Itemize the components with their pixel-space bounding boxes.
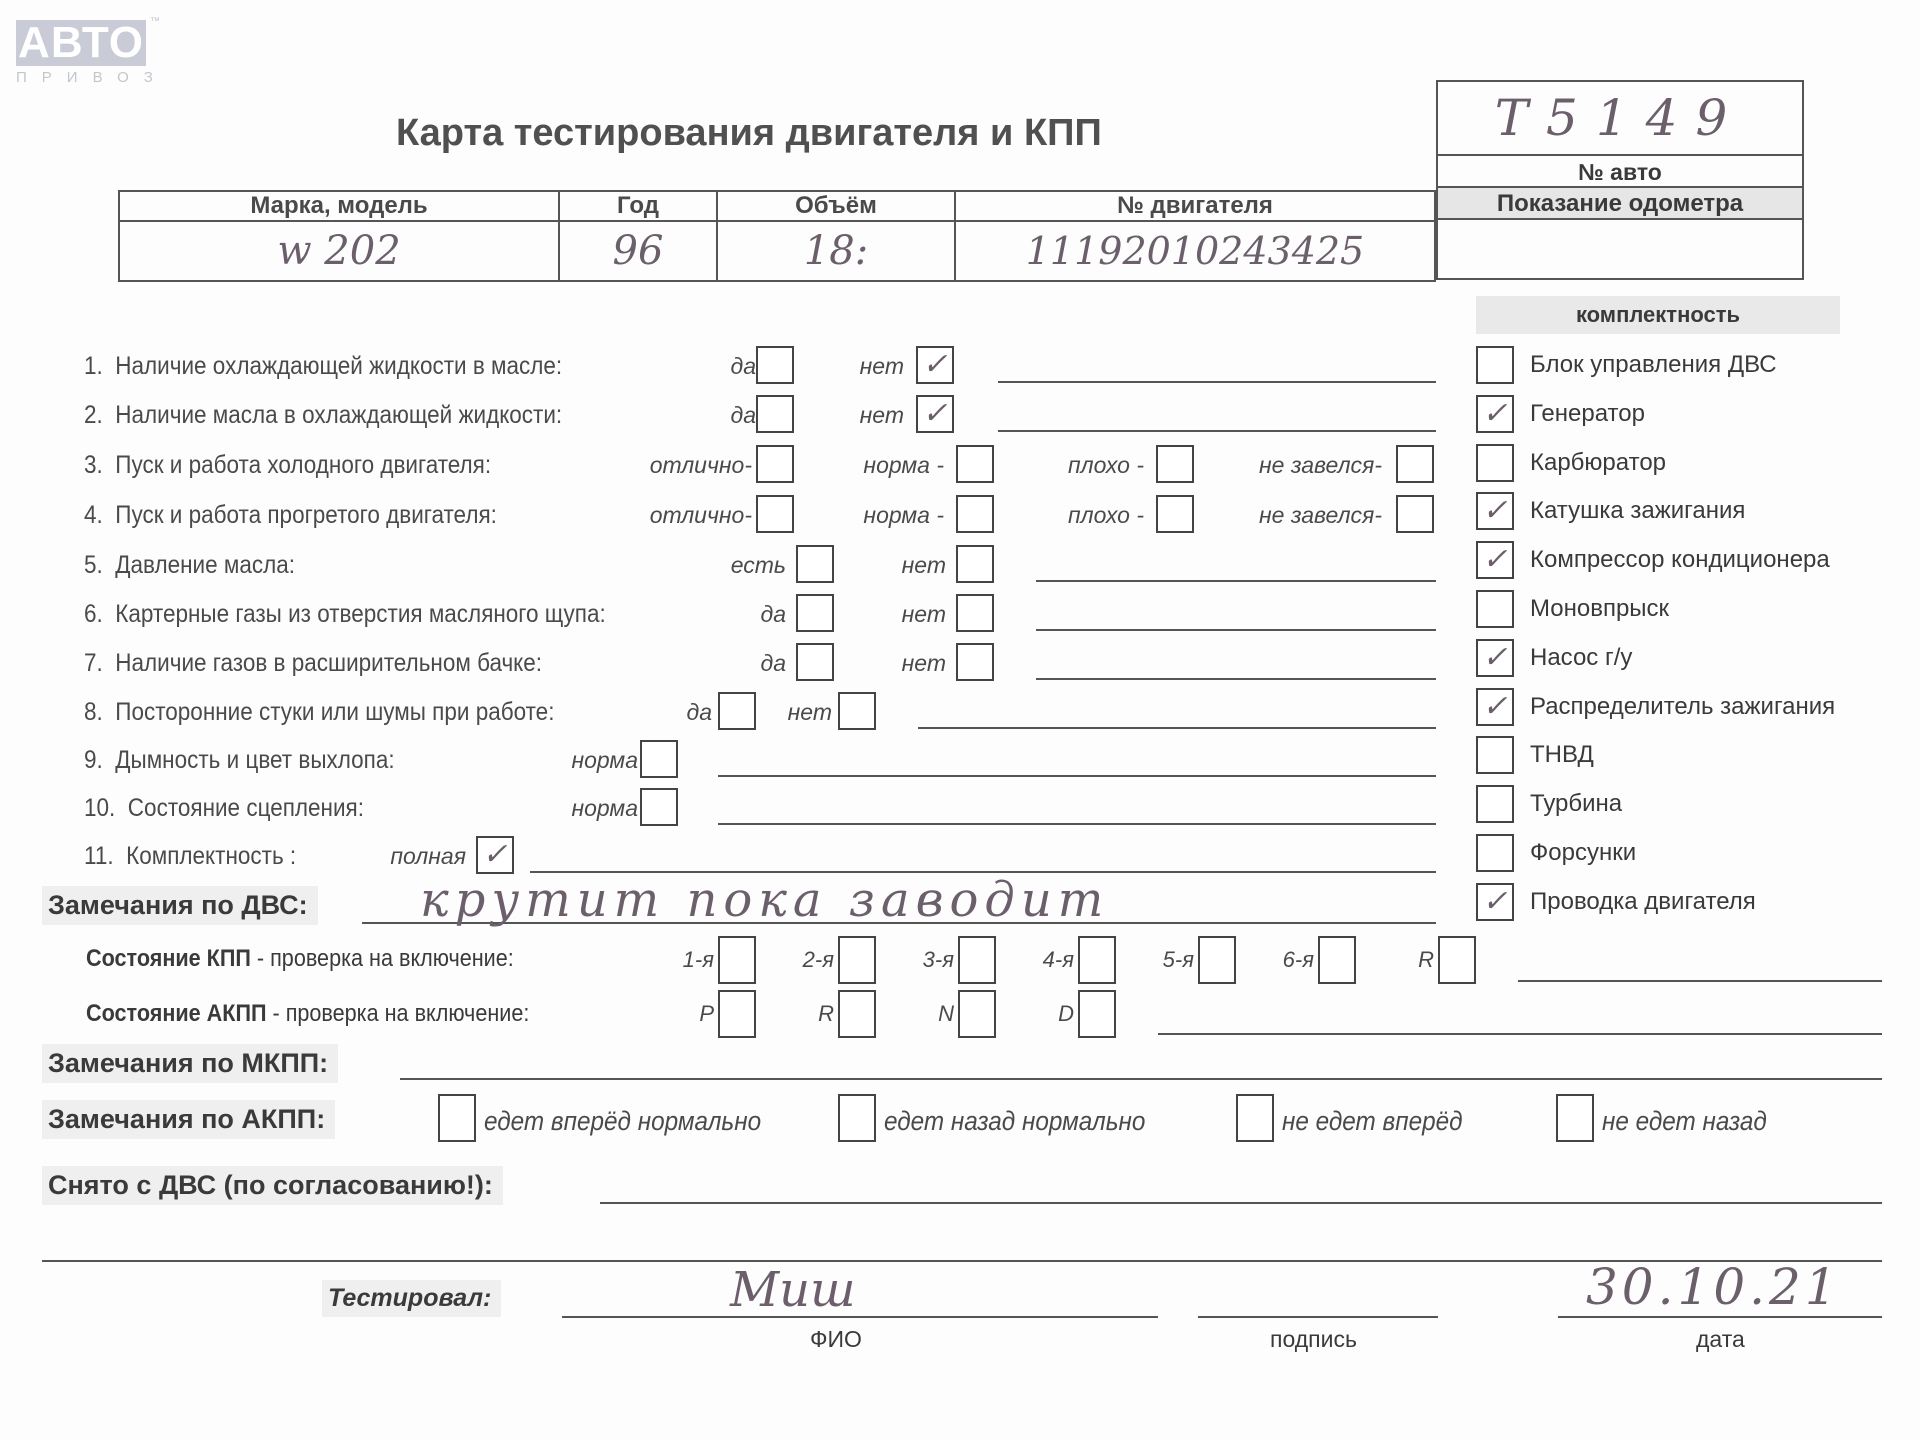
question-text: Наличие газов в расширительном бачке: bbox=[115, 649, 542, 677]
signature-caption: подпись bbox=[1270, 1326, 1357, 1353]
question-crankcase-gases-notes-line[interactable] bbox=[1036, 629, 1436, 631]
option-label: норма - bbox=[863, 452, 944, 479]
question-warm-start-checkbox[interactable] bbox=[1396, 495, 1434, 533]
completeness-checkbox[interactable] bbox=[1476, 736, 1514, 774]
fio-value[interactable]: Миш bbox=[730, 1262, 856, 1318]
question-number: 10. bbox=[84, 794, 115, 822]
option-label: плохо - bbox=[1068, 452, 1144, 479]
completeness-checkbox[interactable] bbox=[1476, 834, 1514, 872]
question-expansion-tank-gases-checkbox[interactable] bbox=[796, 643, 834, 681]
question-coolant-in-oil-checkbox[interactable]: ✓ bbox=[916, 346, 954, 384]
question-exhaust-smoke-notes-line[interactable] bbox=[718, 775, 1436, 777]
question-number: 8. bbox=[84, 698, 103, 726]
question-cold-start-checkbox[interactable] bbox=[956, 445, 994, 483]
kpp-label-bold: Состояние КПП bbox=[86, 945, 251, 972]
column-header-year: Год bbox=[559, 191, 717, 221]
question-oil-in-coolant-checkbox[interactable] bbox=[756, 395, 794, 433]
completeness-heading: комплектность bbox=[1476, 296, 1840, 334]
question-crankcase-gases-checkbox[interactable] bbox=[796, 594, 834, 632]
logo-subtitle: ПРИВОЗ bbox=[16, 69, 168, 86]
akpp-remark-label: не едет назад bbox=[1602, 1106, 1767, 1137]
question-expansion-tank-gases-notes-line[interactable] bbox=[1036, 678, 1436, 680]
kpp-label: Состояние КПП - проверка на включение: bbox=[86, 945, 514, 973]
completeness-item-label: Распределитель зажигания bbox=[1530, 693, 1835, 721]
question-warm-start-checkbox[interactable] bbox=[1156, 495, 1194, 533]
option-label: не завелся- bbox=[1259, 452, 1382, 479]
kpp-gear-checkbox[interactable] bbox=[1198, 936, 1236, 984]
odometer-label: Показание одометра bbox=[1438, 188, 1802, 220]
removed-line[interactable] bbox=[600, 1202, 1882, 1204]
option-label: да bbox=[730, 402, 756, 429]
option-label: нет bbox=[860, 353, 904, 380]
kpp-gear-checkbox[interactable] bbox=[1078, 936, 1116, 984]
fio-caption: ФИО bbox=[810, 1326, 862, 1353]
kpp-gear-label: R bbox=[1418, 947, 1434, 973]
option-label: нет bbox=[860, 402, 904, 429]
mkpp-remarks-label: Замечания по МКПП: bbox=[42, 1044, 338, 1083]
akpp-remark-checkbox[interactable] bbox=[838, 1094, 876, 1142]
option-label: плохо - bbox=[1068, 502, 1144, 529]
kpp-gear-label: 2-я bbox=[803, 947, 834, 973]
completeness-item-label: Катушка зажигания bbox=[1530, 497, 1745, 525]
question-number: 5. bbox=[84, 551, 103, 579]
completeness-item-label: Форсунки bbox=[1530, 839, 1636, 867]
completeness-item-label: Карбюратор bbox=[1530, 449, 1666, 477]
akpp-gear-checkbox[interactable] bbox=[958, 990, 996, 1038]
question-oil-in-coolant-label: 2. Наличие масла в охлаждающей жидкости: bbox=[84, 401, 562, 430]
completeness-item-label: Турбина bbox=[1530, 790, 1622, 818]
question-knocks-noises-checkbox[interactable] bbox=[838, 692, 876, 730]
completeness-checkbox[interactable]: ✓ bbox=[1476, 541, 1514, 579]
question-knocks-noises-notes-line[interactable] bbox=[918, 727, 1436, 729]
vehicle-info-table: Марка, модель Год Объём № двигателя w 20… bbox=[118, 190, 1436, 282]
date-caption: дата bbox=[1696, 1326, 1745, 1353]
volume-value[interactable]: 18: bbox=[717, 221, 955, 281]
year-value[interactable]: 96 bbox=[559, 221, 717, 281]
completeness-checkbox[interactable]: ✓ bbox=[1476, 688, 1514, 726]
question-cold-start-checkbox[interactable] bbox=[756, 445, 794, 483]
option-label: отлично- bbox=[650, 452, 752, 479]
option-label: нет bbox=[788, 699, 832, 726]
akpp-gear-checkbox[interactable] bbox=[838, 990, 876, 1038]
company-logo: АВТО ™ ПРИВОЗ bbox=[16, 20, 168, 86]
kpp-gear-label: 1-я bbox=[683, 947, 714, 973]
completeness-item-label: Блок управления ДВС bbox=[1530, 351, 1777, 379]
question-text: Картерные газы из отверстия масляного щу… bbox=[115, 600, 605, 628]
question-oil-pressure-checkbox[interactable] bbox=[796, 545, 834, 583]
question-number: 9. bbox=[84, 746, 103, 774]
mkpp-remarks-line[interactable] bbox=[400, 1078, 1882, 1080]
page-title: Карта тестирования двигателя и КПП bbox=[396, 112, 1102, 155]
akpp-remark-label: не едет вперёд bbox=[1282, 1106, 1463, 1137]
completeness-checkbox[interactable] bbox=[1476, 590, 1514, 628]
completeness-checkbox[interactable] bbox=[1476, 444, 1514, 482]
logo-trademark: ™ bbox=[150, 16, 160, 27]
question-expansion-tank-gases-checkbox[interactable] bbox=[956, 643, 994, 681]
kpp-gear-label: 3-я bbox=[923, 947, 954, 973]
option-label: да bbox=[760, 650, 786, 677]
option-label: не завелся- bbox=[1259, 502, 1382, 529]
question-text: Посторонние стуки или шумы при работе: bbox=[115, 698, 554, 726]
completeness-item-label: Моновпрыск bbox=[1530, 595, 1669, 623]
column-header-engine-number: № двигателя bbox=[955, 191, 1435, 221]
question-number: 1. bbox=[84, 352, 103, 380]
question-number: 2. bbox=[84, 401, 103, 429]
kpp-gear-label: 4-я bbox=[1043, 947, 1074, 973]
removed-label: Снято с ДВС (по согласованию!): bbox=[42, 1166, 503, 1205]
akpp-gear-label: R bbox=[818, 1001, 834, 1027]
question-knocks-noises-checkbox[interactable] bbox=[718, 692, 756, 730]
question-completeness-checkbox[interactable]: ✓ bbox=[476, 836, 514, 874]
question-coolant-in-oil-checkbox[interactable] bbox=[756, 346, 794, 384]
akpp-label-bold: Состояние АКПП bbox=[86, 1000, 267, 1027]
question-text: Состояние сцепления: bbox=[128, 794, 364, 822]
question-knocks-noises-label: 8. Посторонние стуки или шумы при работе… bbox=[84, 698, 554, 727]
car-number-label: № авто bbox=[1438, 156, 1802, 188]
model-value[interactable]: w 202 bbox=[119, 221, 559, 281]
date-value[interactable]: 30.10.21 bbox=[1586, 1258, 1841, 1316]
question-text: Наличие масла в охлаждающей жидкости: bbox=[115, 401, 562, 429]
odometer-value[interactable] bbox=[1438, 220, 1802, 278]
question-warm-start-checkbox[interactable] bbox=[956, 495, 994, 533]
completeness-item-label: Генератор bbox=[1530, 400, 1645, 428]
question-crankcase-gases-checkbox[interactable] bbox=[956, 594, 994, 632]
completeness-item-label: Насос г/у bbox=[1530, 644, 1632, 672]
column-header-model: Марка, модель bbox=[119, 191, 559, 221]
question-text: Пуск и работа холодного двигателя: bbox=[115, 451, 491, 479]
question-number: 4. bbox=[84, 501, 103, 529]
akpp-gear-label: D bbox=[1058, 1001, 1074, 1027]
kpp-gear-checkbox[interactable] bbox=[1438, 936, 1476, 984]
question-oil-in-coolant-checkbox[interactable]: ✓ bbox=[916, 395, 954, 433]
question-completeness-label: 11. Комплектность : bbox=[84, 842, 296, 871]
question-oil-pressure-label: 5. Давление масла: bbox=[84, 551, 295, 580]
akpp-remark-checkbox[interactable] bbox=[1236, 1094, 1274, 1142]
question-number: 3. bbox=[84, 451, 103, 479]
akpp-notes-line[interactable] bbox=[1158, 1033, 1882, 1035]
completeness-checkbox[interactable]: ✓ bbox=[1476, 639, 1514, 677]
question-clutch-checkbox[interactable] bbox=[640, 788, 678, 826]
question-coolant-in-oil-label: 1. Наличие охлаждающей жидкости в масле: bbox=[84, 352, 562, 381]
removed-label-text: Снято с ДВС (по согласованию!): bbox=[48, 1170, 493, 1200]
akpp-remarks-label: Замечания по АКПП: bbox=[42, 1100, 335, 1139]
question-cold-start-checkbox[interactable] bbox=[1156, 445, 1194, 483]
option-label: полная bbox=[390, 843, 466, 870]
car-number-value[interactable]: T5149 bbox=[1438, 82, 1802, 156]
engine-remarks-value[interactable]: крутит пока заводит bbox=[420, 872, 1109, 928]
question-exhaust-smoke-label: 9. Дымность и цвет выхлопа: bbox=[84, 746, 395, 775]
kpp-notes-line[interactable] bbox=[1518, 980, 1882, 982]
option-label: есть bbox=[731, 552, 786, 579]
question-cold-start-checkbox[interactable] bbox=[1396, 445, 1434, 483]
akpp-remark-checkbox[interactable] bbox=[1556, 1094, 1594, 1142]
akpp-label: Состояние АКПП - проверка на включение: bbox=[86, 1000, 529, 1028]
option-label: нет bbox=[902, 650, 946, 677]
option-label: норма bbox=[571, 747, 638, 774]
date-line[interactable] bbox=[1558, 1316, 1882, 1318]
akpp-gear-label: N bbox=[938, 1001, 954, 1027]
logo-main-text: АВТО bbox=[16, 20, 146, 66]
question-clutch-notes-line[interactable] bbox=[718, 823, 1436, 825]
akpp-gear-checkbox[interactable] bbox=[1078, 990, 1116, 1038]
akpp-remark-checkbox[interactable] bbox=[438, 1094, 476, 1142]
question-number: 7. bbox=[84, 649, 103, 677]
completeness-checkbox[interactable]: ✓ bbox=[1476, 883, 1514, 921]
question-text: Пуск и работа прогретого двигателя: bbox=[115, 501, 497, 529]
akpp-gear-label: P bbox=[699, 1001, 714, 1027]
question-warm-start-label: 4. Пуск и работа прогретого двигателя: bbox=[84, 501, 497, 530]
question-number: 11. bbox=[84, 842, 114, 870]
question-text: Дымность и цвет выхлопа: bbox=[115, 746, 394, 774]
akpp-gear-checkbox[interactable] bbox=[718, 990, 756, 1038]
question-exhaust-smoke-checkbox[interactable] bbox=[640, 740, 678, 778]
question-text: Давление масла: bbox=[115, 551, 295, 579]
question-clutch-label: 10. Состояние сцепления: bbox=[84, 794, 364, 823]
option-label: да bbox=[686, 699, 712, 726]
option-label: да bbox=[760, 601, 786, 628]
engine-number-value[interactable]: 11192010243425 bbox=[955, 221, 1435, 281]
completeness-checkbox[interactable]: ✓ bbox=[1476, 395, 1514, 433]
akpp-label-rest: - проверка на включение: bbox=[267, 1000, 530, 1027]
completeness-item-label: Проводка двигателя bbox=[1530, 888, 1756, 916]
completeness-item-label: Компрессор кондиционера bbox=[1530, 546, 1830, 574]
completeness-checkbox[interactable]: ✓ bbox=[1476, 492, 1514, 530]
fio-line[interactable] bbox=[562, 1316, 1158, 1318]
option-label: норма bbox=[571, 795, 638, 822]
car-info-block: T5149 № авто Показание одометра bbox=[1436, 80, 1804, 280]
question-text: Комплектность : bbox=[126, 842, 296, 870]
question-text: Наличие охлаждающей жидкости в масле: bbox=[115, 352, 562, 380]
kpp-gear-checkbox[interactable] bbox=[718, 936, 756, 984]
question-oil-pressure-notes-line[interactable] bbox=[1036, 580, 1436, 582]
option-label: да bbox=[730, 353, 756, 380]
kpp-gear-checkbox[interactable] bbox=[958, 936, 996, 984]
column-header-volume: Объём bbox=[717, 191, 955, 221]
completeness-checkbox[interactable] bbox=[1476, 346, 1514, 384]
tested-by-label: Тестировал: bbox=[322, 1280, 501, 1317]
completeness-item-label: ТНВД bbox=[1530, 741, 1594, 769]
kpp-gear-label: 5-я bbox=[1163, 947, 1194, 973]
question-cold-start-label: 3. Пуск и работа холодного двигателя: bbox=[84, 451, 491, 480]
akpp-remark-label: едет назад нормально bbox=[884, 1106, 1145, 1137]
question-coolant-in-oil-notes-line[interactable] bbox=[998, 381, 1436, 383]
option-label: норма - bbox=[863, 502, 944, 529]
akpp-remark-label: едет вперёд нормально bbox=[484, 1106, 761, 1137]
signature-line[interactable] bbox=[1198, 1316, 1438, 1318]
question-expansion-tank-gases-label: 7. Наличие газов в расширительном бачке: bbox=[84, 649, 542, 678]
kpp-gear-checkbox[interactable] bbox=[1318, 936, 1356, 984]
kpp-gear-label: 6-я bbox=[1283, 947, 1314, 973]
kpp-gear-checkbox[interactable] bbox=[838, 936, 876, 984]
question-oil-pressure-checkbox[interactable] bbox=[956, 545, 994, 583]
option-label: нет bbox=[902, 601, 946, 628]
option-label: нет bbox=[902, 552, 946, 579]
engine-remarks-label: Замечания по ДВС: bbox=[42, 886, 318, 925]
question-number: 6. bbox=[84, 600, 103, 628]
question-warm-start-checkbox[interactable] bbox=[756, 495, 794, 533]
question-crankcase-gases-label: 6. Картерные газы из отверстия масляного… bbox=[84, 600, 606, 629]
question-oil-in-coolant-notes-line[interactable] bbox=[998, 430, 1436, 432]
option-label: отлично- bbox=[650, 502, 752, 529]
kpp-label-rest: - проверка на включение: bbox=[251, 945, 514, 972]
completeness-checkbox[interactable] bbox=[1476, 785, 1514, 823]
